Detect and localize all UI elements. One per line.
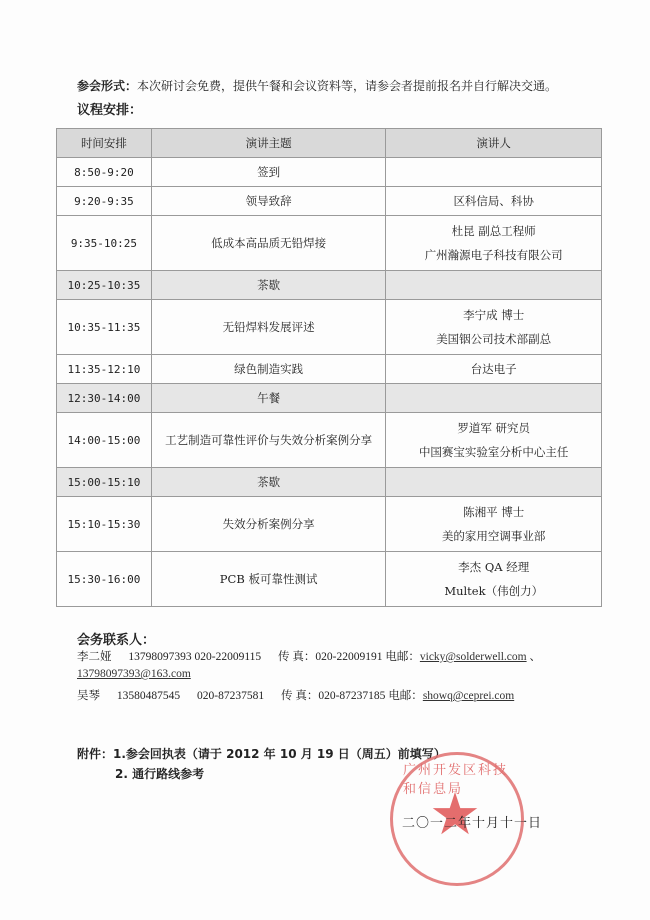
speaker-name: 杜昆 副总工程师 [386, 219, 601, 243]
time-cell: 9:20-9:35 [57, 187, 152, 216]
time-cell: 12:30-14:00 [57, 384, 152, 413]
time-cell: 15:10-15:30 [57, 497, 152, 552]
contact-mobile: 13798097393 [128, 651, 191, 663]
speaker-name: 李杰 QA 经理 [386, 555, 601, 579]
table-row: 9:35-10:25 低成本高品质无铅焊接 杜昆 副总工程师广州瀚源电子科技有限… [57, 216, 602, 271]
time-cell: 8:50-9:20 [57, 158, 152, 187]
speaker-org: 广州瀚源电子科技有限公司 [386, 243, 601, 267]
speaker-cell [386, 384, 602, 413]
speaker-cell [386, 468, 602, 497]
fax-label: 传 真： [281, 690, 318, 702]
agenda-table: 时间安排 演讲主题 演讲人 8:50-9:20 签到 9:20-9:35 领导致… [56, 128, 602, 607]
topic-cell: 午餐 [151, 384, 386, 413]
time-cell: 14:00-15:00 [57, 413, 152, 468]
contact-mobile: 13580487545 [117, 690, 180, 702]
participation-label: 参会形式： [77, 79, 137, 93]
topic-cell: 无铅焊料发展评述 [151, 300, 386, 355]
table-row: 15:30-16:00 PCB 板可靠性测试 李杰 QA 经理Multek（伟创… [57, 552, 602, 607]
speaker-org: 美国铟公司技术部副总 [386, 327, 601, 351]
topic-cell: 茶歇 [151, 468, 386, 497]
participation-text: 本次研讨会免费，提供午餐和会议资料等，请参会者提前报名并自行解决交通。 [137, 79, 557, 93]
table-row: 12:30-14:00 午餐 [57, 384, 602, 413]
topic-cell: 低成本高品质无铅焊接 [151, 216, 386, 271]
contacts-title: 会务联系人： [77, 632, 541, 649]
attachment-item: 1.参会回执表（请于 2012 年 10 月 19 日（周五）前填写） [113, 747, 446, 761]
fax-label: 传 真： [278, 651, 315, 663]
topic-cell: 绿色制造实践 [151, 355, 386, 384]
time-cell: 10:25-10:35 [57, 271, 152, 300]
header-speaker: 演讲人 [386, 129, 602, 158]
speaker-cell: 李杰 QA 经理Multek（伟创力） [386, 552, 602, 607]
time-cell: 10:35-11:35 [57, 300, 152, 355]
topic-cell: 工艺制造可靠性评价与失效分析案例分享 [151, 413, 386, 468]
document-date: 二〇一二年十月十一日 [402, 812, 542, 831]
table-row: 10:35-11:35 无铅焊料发展评述 李宁成 博士美国铟公司技术部副总 [57, 300, 602, 355]
attachment-item: 2. 通行路线参考 [77, 764, 446, 784]
speaker-name: 李宁成 博士 [386, 303, 601, 327]
attachments-label: 附件： [77, 747, 113, 761]
contact-phone: 020-87237581 [197, 690, 264, 702]
contact-name: 吴琴 [77, 690, 100, 702]
email-link[interactable]: vicky@solderwell.com [420, 651, 527, 663]
speaker-org: Multek（伟创力） [386, 579, 601, 603]
speaker-org: 中国赛宝实验室分析中心主任 [386, 440, 601, 464]
time-cell: 9:35-10:25 [57, 216, 152, 271]
speaker-cell [386, 271, 602, 300]
speaker-cell: 罗道军 研究员中国赛宝实验室分析中心主任 [386, 413, 602, 468]
email-separator: 、 [529, 651, 541, 663]
table-row: 11:35-12:10 绿色制造实践 台达电子 [57, 355, 602, 384]
table-row: 14:00-15:00 工艺制造可靠性评价与失效分析案例分享 罗道军 研究员中国… [57, 413, 602, 468]
speaker-name: 陈湘平 博士 [386, 500, 601, 524]
contact-phone: 020-22009115 [195, 651, 262, 663]
time-cell: 11:35-12:10 [57, 355, 152, 384]
time-cell: 15:30-16:00 [57, 552, 152, 607]
speaker-cell: 陈湘平 博士美的家用空调事业部 [386, 497, 602, 552]
speaker-cell [386, 158, 602, 187]
email-link[interactable]: showq@ceprei.com [423, 690, 514, 702]
topic-cell: 茶歇 [151, 271, 386, 300]
speaker-org: 美的家用空调事业部 [386, 524, 601, 548]
speaker-name: 罗道军 研究员 [386, 416, 601, 440]
table-row: 15:00-15:10 茶歇 [57, 468, 602, 497]
header-topic: 演讲主题 [151, 129, 386, 158]
time-cell: 15:00-15:10 [57, 468, 152, 497]
agenda-title: 议程安排： [77, 103, 142, 119]
email-label: 电邮： [385, 651, 420, 663]
table-row: 10:25-10:35 茶歇 [57, 271, 602, 300]
speaker-cell: 台达电子 [386, 355, 602, 384]
speaker-cell: 李宁成 博士美国铟公司技术部副总 [386, 300, 602, 355]
speaker-cell: 杜昆 副总工程师广州瀚源电子科技有限公司 [386, 216, 602, 271]
contacts-section: 会务联系人： 李二娅 13798097393 020-22009115 传 真：… [77, 632, 541, 705]
contact-person: 李二娅 13798097393 020-22009115 传 真：020-220… [77, 649, 541, 683]
contact-person: 吴琴 13580487545 020-87237581 传 真：020-8723… [77, 688, 541, 705]
agenda-header-row: 时间安排 演讲主题 演讲人 [57, 129, 602, 158]
contact-fax: 020-22009191 [315, 651, 382, 663]
table-row: 8:50-9:20 签到 [57, 158, 602, 187]
topic-cell: 失效分析案例分享 [151, 497, 386, 552]
topic-cell: 领导致辞 [151, 187, 386, 216]
attachments: 附件：1.参会回执表（请于 2012 年 10 月 19 日（周五）前填写） 2… [77, 744, 446, 784]
table-row: 15:10-15:30 失效分析案例分享 陈湘平 博士美的家用空调事业部 [57, 497, 602, 552]
participation-note: 参会形式：本次研讨会免费，提供午餐和会议资料等，请参会者提前报名并自行解决交通。 [77, 78, 557, 94]
contact-name: 李二娅 [77, 651, 112, 663]
topic-cell: 签到 [151, 158, 386, 187]
header-time: 时间安排 [57, 129, 152, 158]
table-row: 9:20-9:35 领导致辞 区科信局、科协 [57, 187, 602, 216]
topic-cell: PCB 板可靠性测试 [151, 552, 386, 607]
email-link-2[interactable]: 13798097393@163.com [77, 668, 191, 680]
speaker-cell: 区科信局、科协 [386, 187, 602, 216]
email-label: 电邮： [388, 690, 423, 702]
contact-fax: 020-87237185 [318, 690, 385, 702]
